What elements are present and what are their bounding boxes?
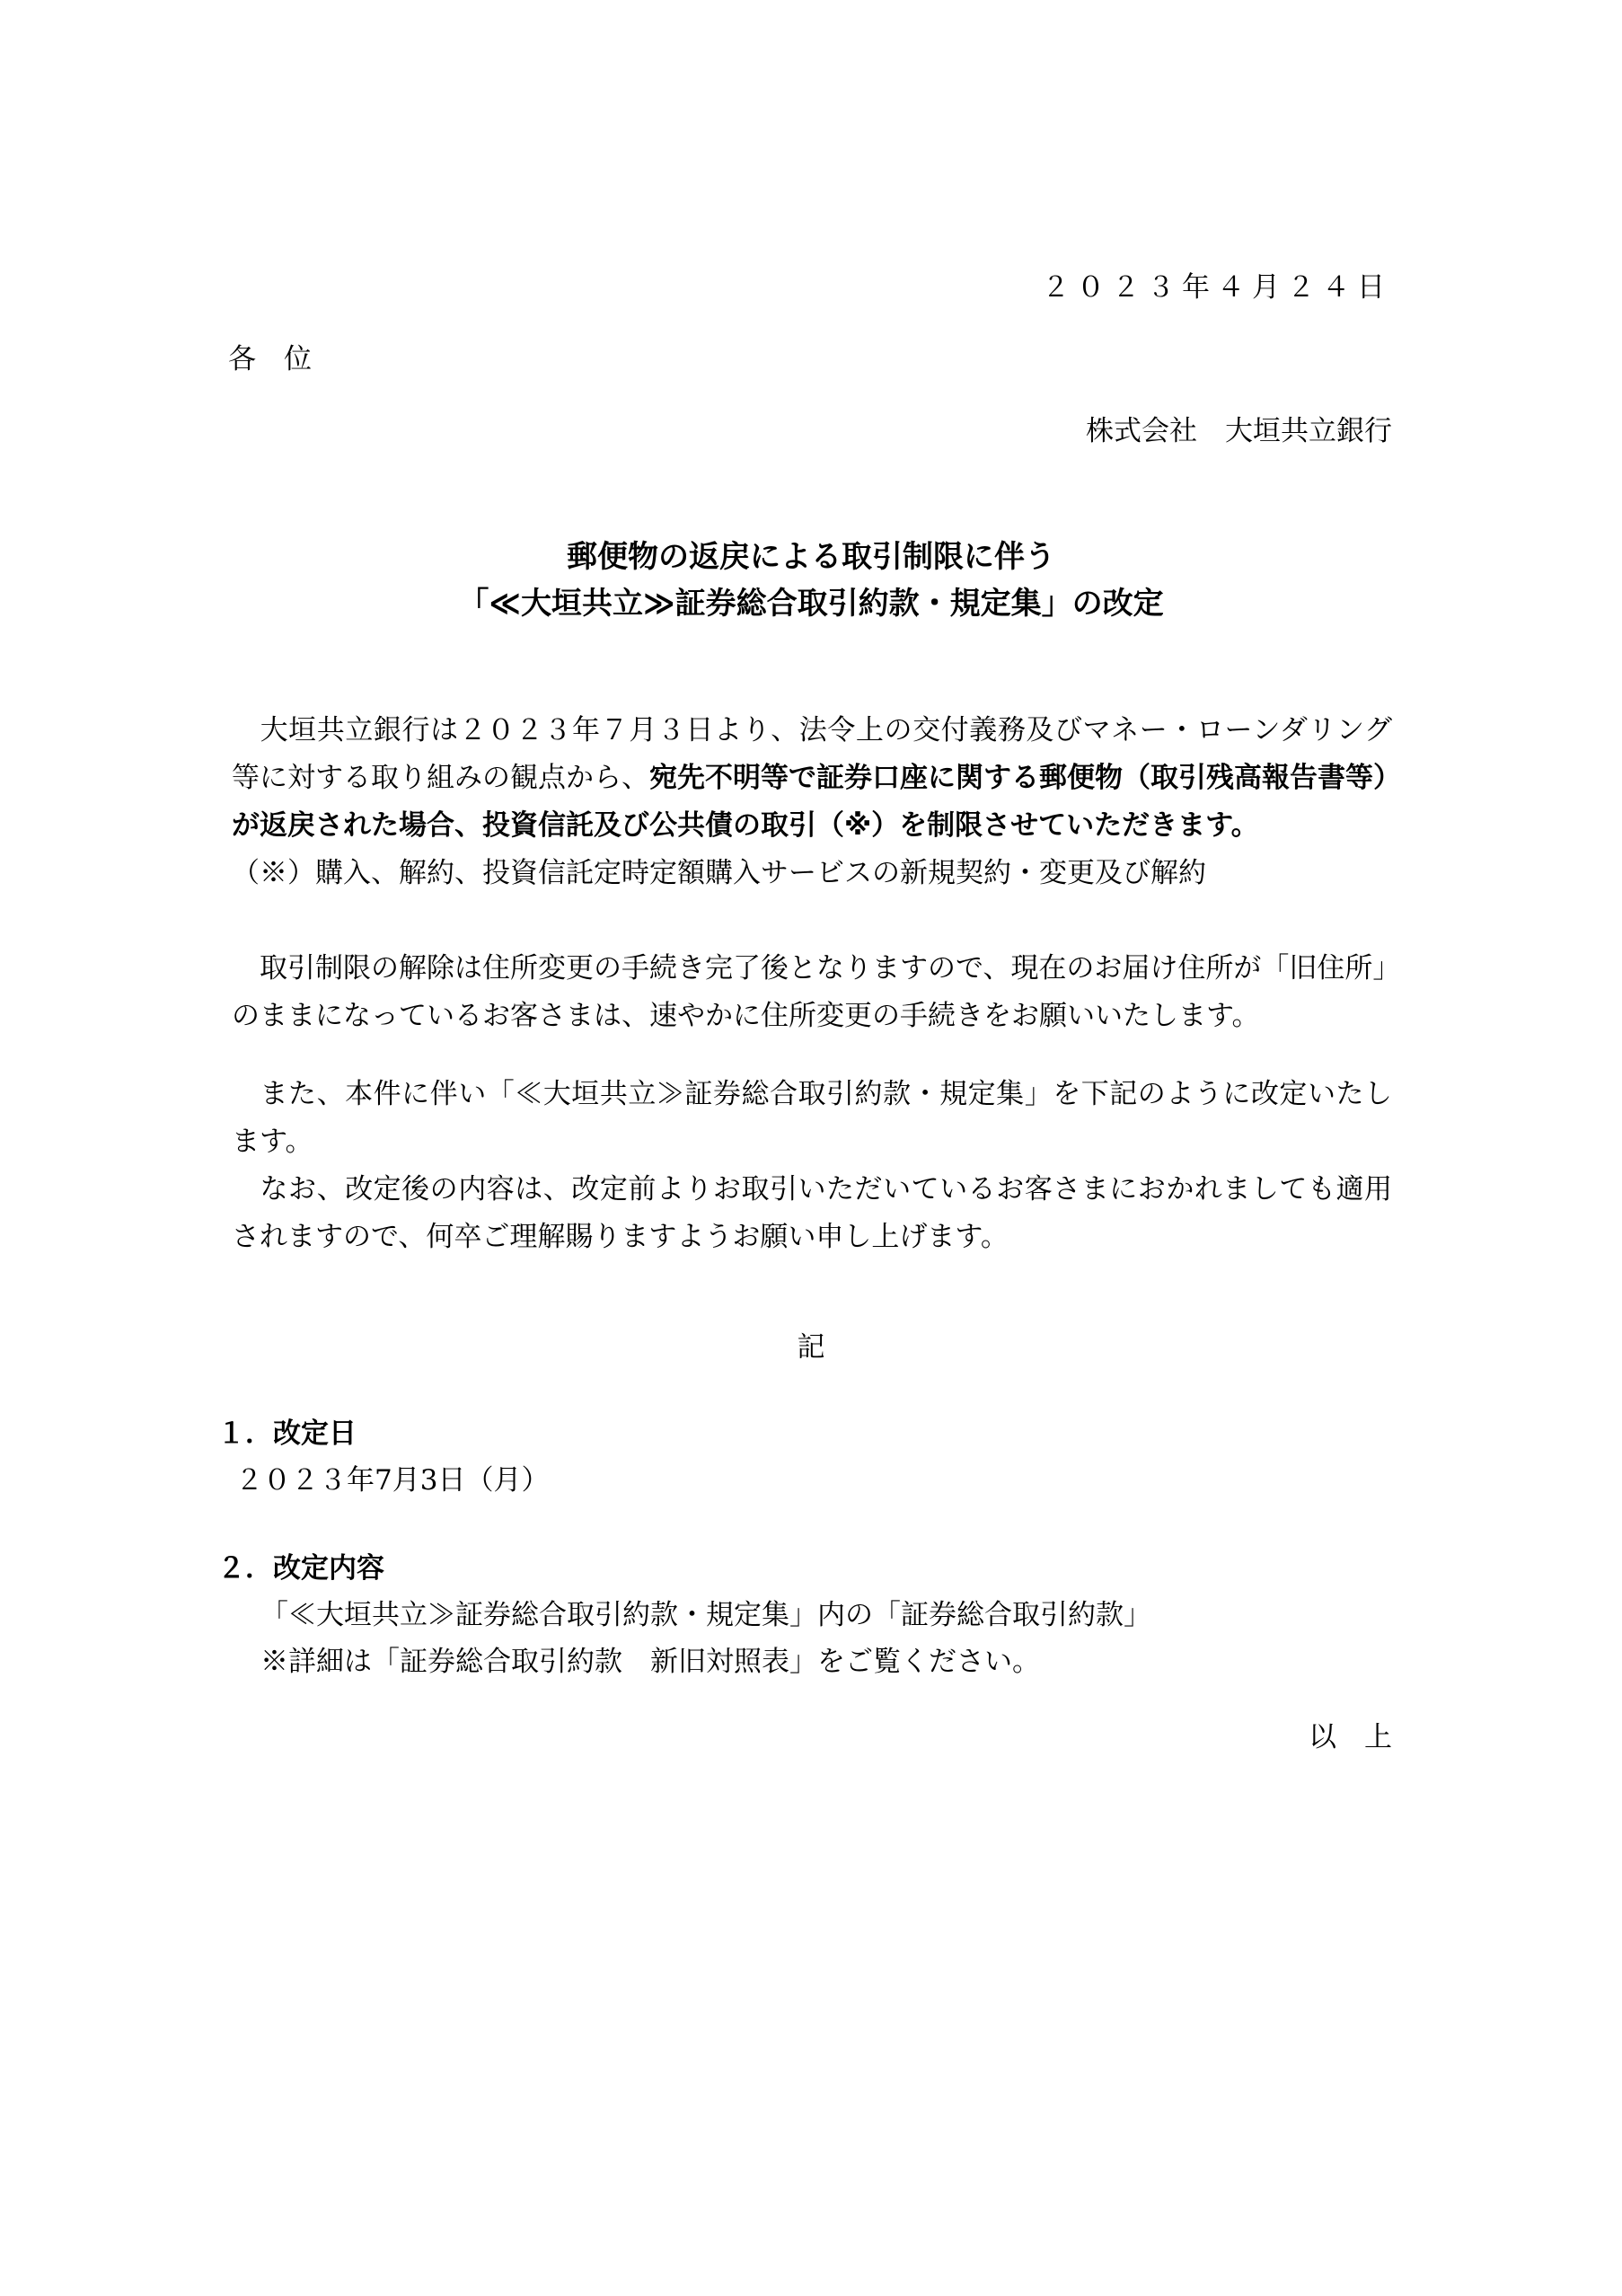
paragraph-4-line-1: なお、改定後の内容は、改定前よりお取引いただいているお客さまにおかれましても適用 — [232, 1171, 1392, 1207]
section-2-heading: ２．改定内容 — [217, 1550, 384, 1586]
document-date: ２０２３年４月２４日 — [1042, 269, 1392, 305]
paragraph-1-line-1: 大垣共立銀行は２０２３年７月３日より、法令上の交付義務及びマネー・ローンダリング — [232, 712, 1392, 748]
section-1-revision-date: ２０２３年7月3日（月） — [235, 1462, 549, 1498]
document-page: ２０２３年４月２４日 各 位 株式会社 大垣共立銀行 郵便物の返戻による取引制限… — [0, 0, 1622, 2296]
paragraph-1-line-2-bold: 宛先不明等で証券口座に関する郵便物（取引残高報告書等） — [649, 760, 1401, 796]
paragraph-1-line-3-emphasis: が返戻された場合、投資信託及び公共債の取引（※）を制限させていただきます。 — [232, 808, 1259, 843]
section-2-content: 「≪大垣共立≫証券総合取引約款・規定集」内の「証券総合取引約款」 — [260, 1597, 1151, 1633]
paragraph-3-line-2: ます。 — [232, 1124, 313, 1160]
sender-name: 株式会社 大垣共立銀行 — [1086, 413, 1392, 449]
footnote-restricted-transactions: （※）購入、解約、投資信託定時定額購入サービスの新規契約・変更及び解約 — [232, 855, 1206, 891]
paragraph-1-line-2: 等に対する取り組みの観点から、宛先不明等で証券口座に関する郵便物（取引残高報告書… — [232, 760, 1392, 796]
addressee: 各 位 — [228, 341, 312, 377]
title-line-2: 「≪大垣共立≫証券総合取引約款・規定集」の改定 — [0, 586, 1622, 622]
paragraph-2-line-2: のままになっているお客さまは、速やかに住所変更の手続きをお願いいたします。 — [232, 998, 1260, 1034]
paragraph-4-line-2: されますので、何卒ご理解賜りますようお願い申し上げます。 — [232, 1219, 1009, 1255]
closing-mark: 以 上 — [1309, 1719, 1392, 1755]
paragraph-2-line-1: 取引制限の解除は住所変更の手続き完了後となりますので、現在のお届け住所が「旧住所… — [232, 950, 1392, 986]
title-line-1: 郵便物の返戻による取引制限に伴う — [0, 539, 1622, 575]
paragraph-1-line-2-normal: 等に対する取り組みの観点から、 — [232, 760, 649, 796]
ki-marker: 記 — [0, 1329, 1622, 1365]
section-2-detail-note: ※詳細は「証券総合取引約款 新旧対照表」をご覧ください。 — [260, 1644, 1040, 1680]
paragraph-3-line-1: また、本件に伴い「≪大垣共立≫証券総合取引約款・規定集」を下記のように改定いたし — [232, 1076, 1392, 1112]
section-1-heading: １．改定日 — [217, 1416, 357, 1452]
